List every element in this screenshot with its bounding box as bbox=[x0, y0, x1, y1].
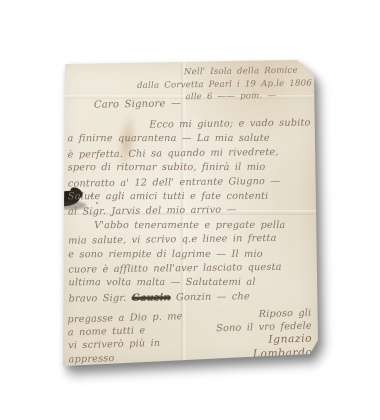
closing-row: vi scriverò più in appresso Ignazio Lomb… bbox=[68, 333, 313, 366]
struck-out-word: Gauzin bbox=[132, 292, 171, 304]
body-line-with-strikeout: bravo Sigr. Gauzin Gonzin — che bbox=[69, 289, 319, 307]
body-line: al Sigr. Jarvis del mio arrivo — bbox=[68, 203, 318, 221]
salutation: Caro Signore — bbox=[94, 98, 181, 111]
strike-line-before: bravo Sigr. bbox=[69, 293, 132, 305]
strike-line-after: Gonzin — che bbox=[171, 291, 250, 303]
body-line: spero di ritornar subito, finirà il mio bbox=[68, 161, 318, 176]
signature: Ignazio Lombardo bbox=[206, 333, 312, 362]
body-line: mia salute, vi scrivo q.e linee in frett… bbox=[68, 232, 318, 250]
closing-left: vi scriverò più in appresso bbox=[68, 336, 207, 366]
letter-closing: pregasse a Dio p. me Riposo gli a nome t… bbox=[67, 307, 312, 367]
body-line: a finirne quarantena — La mia salute bbox=[67, 132, 317, 147]
paper-shadow: Nell' Isola della Romice dalla Corvetta … bbox=[0, 0, 380, 420]
letter-body: Ecco mi giunto; e vado subito a finirne … bbox=[67, 117, 318, 306]
letter-photo: Nell' Isola della Romice dalla Corvetta … bbox=[0, 0, 380, 420]
letter-paper: Nell' Isola della Romice dalla Corvetta … bbox=[58, 59, 320, 367]
